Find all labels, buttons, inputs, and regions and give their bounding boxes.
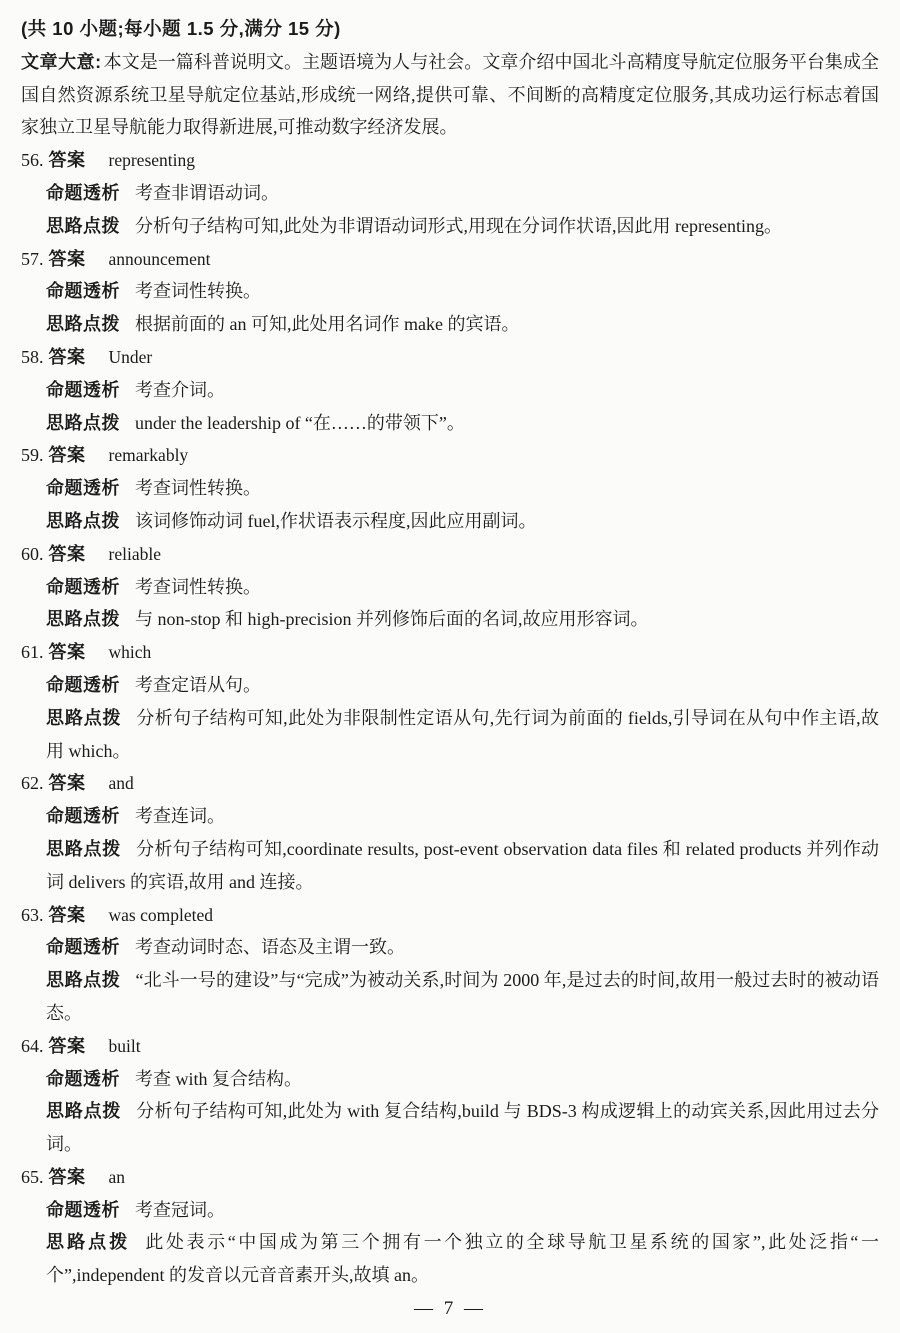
tips-text: 此处表示“中国成为第三个拥有一个独立的全球导航卫星系统的国家”,此处泛指“一个”… <box>46 1232 879 1285</box>
answer-line: 63.答案was completed <box>21 899 879 932</box>
analysis-line: 命题透析考查定语从句。 <box>21 669 879 702</box>
analysis-text: 考查词性转换。 <box>135 478 261 498</box>
analysis-line: 命题透析考查动词时态、语态及主谓一致。 <box>21 931 879 964</box>
answer-text: an <box>109 1167 126 1187</box>
answer-line: 59.答案remarkably <box>21 439 879 472</box>
tips-label: 思路点拨 <box>46 216 120 236</box>
tips-text: 分析句子结构可知,coordinate results, post-event … <box>46 839 879 892</box>
analysis-text: 考查 with 复合结构。 <box>135 1069 302 1089</box>
question-block: 56.答案representing 命题透析考查非谓语动词。 思路点拨分析句子结… <box>21 144 879 242</box>
answer-text: remarkably <box>109 445 189 465</box>
question-number: 59. <box>21 445 44 465</box>
question-number: 61. <box>21 642 44 662</box>
section-score-line: (共 10 小题;每小题 1.5 分,满分 15 分) <box>21 13 879 46</box>
tips-label: 思路点拨 <box>46 609 120 629</box>
analysis-text: 考查动词时态、语态及主谓一致。 <box>135 937 405 957</box>
question-block: 57.答案announcement 命题透析考查词性转换。 思路点拨根据前面的 … <box>21 243 879 341</box>
analysis-label: 命题透析 <box>46 478 120 498</box>
page-number: — 7 — <box>21 1293 879 1326</box>
question-block: 59.答案remarkably 命题透析考查词性转换。 思路点拨该词修饰动词 f… <box>21 439 879 537</box>
tips-label: 思路点拨 <box>46 708 121 728</box>
question-block: 60.答案reliable 命题透析考查词性转换。 思路点拨与 non-stop… <box>21 538 879 636</box>
answer-line: 62.答案and <box>21 767 879 800</box>
tips-text: 分析句子结构可知,此处为 with 复合结构,build 与 BDS-3 构成逻… <box>46 1101 879 1154</box>
question-block: 62.答案and 命题透析考查连词。 思路点拨分析句子结构可知,coordina… <box>21 767 879 898</box>
tips-text: “北斗一号的建设”与“完成”为被动关系,时间为 2000 年,是过去的时间,故用… <box>46 970 879 1023</box>
question-number: 62. <box>21 773 44 793</box>
answer-line: 65.答案an <box>21 1161 879 1194</box>
question-number: 58. <box>21 347 44 367</box>
answer-label: 答案 <box>49 773 86 793</box>
tips-label: 思路点拨 <box>46 1101 121 1121</box>
answer-text: Under <box>109 347 153 367</box>
answer-text: and <box>109 773 134 793</box>
answer-label: 答案 <box>49 150 86 170</box>
answer-label: 答案 <box>49 1036 86 1056</box>
tips-text: 分析句子结构可知,此处为非限制性定语从句,先行词为前面的 fields,引导词在… <box>46 708 879 761</box>
question-number: 65. <box>21 1167 44 1187</box>
analysis-text: 考查介词。 <box>135 380 225 400</box>
tips-label: 思路点拨 <box>46 839 121 859</box>
tips-label: 思路点拨 <box>46 413 120 433</box>
answer-line: 61.答案which <box>21 636 879 669</box>
analysis-line: 命题透析考查词性转换。 <box>21 571 879 604</box>
answer-label: 答案 <box>49 445 86 465</box>
answer-label: 答案 <box>49 249 86 269</box>
question-block: 63.答案was completed 命题透析考查动词时态、语态及主谓一致。 思… <box>21 899 879 1030</box>
analysis-label: 命题透析 <box>46 806 120 826</box>
question-block: 64.答案built 命题透析考查 with 复合结构。 思路点拨分析句子结构可… <box>21 1030 879 1161</box>
tips-text: 与 non-stop 和 high-precision 并列修饰后面的名词,故应… <box>135 609 648 629</box>
question-number: 57. <box>21 249 44 269</box>
answer-text: which <box>109 642 152 662</box>
answer-line: 64.答案built <box>21 1030 879 1063</box>
analysis-line: 命题透析考查连词。 <box>21 800 879 833</box>
analysis-text: 考查冠词。 <box>135 1200 225 1220</box>
answer-label: 答案 <box>49 544 86 564</box>
question-number: 56. <box>21 150 44 170</box>
analysis-text: 考查定语从句。 <box>135 675 261 695</box>
tips-label: 思路点拨 <box>46 970 120 990</box>
analysis-label: 命题透析 <box>46 675 120 695</box>
analysis-text: 考查词性转换。 <box>135 577 261 597</box>
tips-line: 思路点拨分析句子结构可知,此处为 with 复合结构,build 与 BDS-3… <box>21 1095 879 1161</box>
analysis-label: 命题透析 <box>46 937 120 957</box>
question-block: 58.答案Under 命题透析考查介词。 思路点拨under the leade… <box>21 341 879 439</box>
question-block: 65.答案an 命题透析考查冠词。 思路点拨此处表示“中国成为第三个拥有一个独立… <box>21 1161 879 1292</box>
analysis-line: 命题透析考查冠词。 <box>21 1194 879 1227</box>
answer-line: 56.答案representing <box>21 144 879 177</box>
tips-text: 分析句子结构可知,此处为非谓语动词形式,用现在分词作状语,因此用 represe… <box>135 216 782 236</box>
answer-line: 60.答案reliable <box>21 538 879 571</box>
question-number: 60. <box>21 544 44 564</box>
passage-summary: 文章大意:本文是一篇科普说明文。主题语境为人与社会。文章介绍中国北斗高精度导航定… <box>21 46 879 144</box>
tips-label: 思路点拨 <box>46 511 120 531</box>
summary-text: 本文是一篇科普说明文。主题语境为人与社会。文章介绍中国北斗高精度导航定位服务平台… <box>21 52 879 138</box>
analysis-text: 考查非谓语动词。 <box>135 183 279 203</box>
tips-text: under the leadership of “在……的带领下”。 <box>135 413 465 433</box>
analysis-line: 命题透析考查 with 复合结构。 <box>21 1063 879 1096</box>
tips-line: 思路点拨分析句子结构可知,此处为非限制性定语从句,先行词为前面的 fields,… <box>21 702 879 768</box>
answer-label: 答案 <box>49 347 86 367</box>
analysis-line: 命题透析考查词性转换。 <box>21 472 879 505</box>
tips-text: 该词修饰动词 fuel,作状语表示程度,因此应用副词。 <box>135 511 536 531</box>
tips-text: 根据前面的 an 可知,此处用名词作 make 的宾语。 <box>135 314 519 334</box>
analysis-label: 命题透析 <box>46 1200 120 1220</box>
answer-text: reliable <box>109 544 161 564</box>
summary-label: 文章大意: <box>21 52 102 72</box>
question-block: 61.答案which 命题透析考查定语从句。 思路点拨分析句子结构可知,此处为非… <box>21 636 879 767</box>
tips-line: 思路点拨与 non-stop 和 high-precision 并列修饰后面的名… <box>21 603 879 636</box>
answer-text: built <box>109 1036 141 1056</box>
question-number: 64. <box>21 1036 44 1056</box>
answer-text: representing <box>109 150 196 170</box>
questions-list: 56.答案representing 命题透析考查非谓语动词。 思路点拨分析句子结… <box>21 144 879 1292</box>
tips-label: 思路点拨 <box>46 314 120 334</box>
answer-key-page: { "colors": { "page_bg": "#fbfbf9", "ink… <box>0 0 900 1333</box>
analysis-line: 命题透析考查非谓语动词。 <box>21 177 879 210</box>
analysis-label: 命题透析 <box>46 577 120 597</box>
question-number: 63. <box>21 905 44 925</box>
analysis-text: 考查词性转换。 <box>135 281 261 301</box>
tips-line: 思路点拨under the leadership of “在……的带领下”。 <box>21 407 879 440</box>
answer-text: was completed <box>109 905 213 925</box>
answer-text: announcement <box>109 249 211 269</box>
answer-label: 答案 <box>49 1167 86 1187</box>
tips-line: 思路点拨此处表示“中国成为第三个拥有一个独立的全球导航卫星系统的国家”,此处泛指… <box>21 1226 879 1292</box>
answer-line: 57.答案announcement <box>21 243 879 276</box>
answer-label: 答案 <box>49 905 86 925</box>
analysis-label: 命题透析 <box>46 380 120 400</box>
analysis-line: 命题透析考查词性转换。 <box>21 275 879 308</box>
analysis-text: 考查连词。 <box>135 806 225 826</box>
analysis-line: 命题透析考查介词。 <box>21 374 879 407</box>
tips-line: 思路点拨分析句子结构可知,此处为非谓语动词形式,用现在分词作状语,因此用 rep… <box>21 210 879 243</box>
tips-line: 思路点拨该词修饰动词 fuel,作状语表示程度,因此应用副词。 <box>21 505 879 538</box>
answer-line: 58.答案Under <box>21 341 879 374</box>
tips-label: 思路点拨 <box>46 1232 130 1252</box>
tips-line: 思路点拨分析句子结构可知,coordinate results, post-ev… <box>21 833 879 899</box>
analysis-label: 命题透析 <box>46 1069 120 1089</box>
analysis-label: 命题透析 <box>46 183 120 203</box>
answer-label: 答案 <box>49 642 86 662</box>
analysis-label: 命题透析 <box>46 281 120 301</box>
tips-line: 思路点拨“北斗一号的建设”与“完成”为被动关系,时间为 2000 年,是过去的时… <box>21 964 879 1030</box>
tips-line: 思路点拨根据前面的 an 可知,此处用名词作 make 的宾语。 <box>21 308 879 341</box>
